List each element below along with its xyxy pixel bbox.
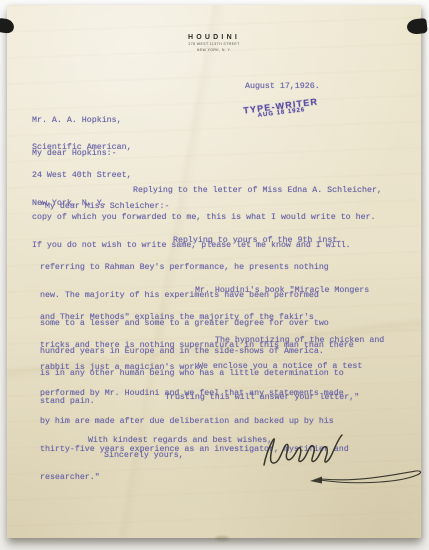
- houdini-signature: [250, 424, 428, 490]
- paragraph-line: We enclose you a notice of a test: [40, 362, 362, 371]
- paragraph-line: Replying to yours of the 9th inst.: [40, 236, 342, 245]
- paragraph-line: Mr. Houdini's book "Miracle Mongers: [40, 286, 369, 295]
- signature-flourish-arrow: [310, 477, 322, 484]
- letterhead-name: HOUDINI: [7, 34, 421, 41]
- paragraph-line: Replying to the letter of Miss Edna A. S…: [32, 186, 382, 195]
- typewriter-date-stamp: TYPE-WRITER AUG 18 1926: [222, 94, 341, 123]
- letter-paper: HOUDINI 278 WEST 113TH STREET NEW YORK, …: [7, 5, 421, 538]
- faint-pencil-smudge: [215, 536, 229, 541]
- closing-regards: With kindest regards and best wishes,: [88, 436, 272, 445]
- letterhead: HOUDINI 278 WEST 113TH STREET NEW YORK, …: [7, 34, 421, 53]
- quoted-salutation: "My dear Miss Schleicher:-: [40, 202, 169, 211]
- recipient-line: Mr. A. A. Hopkins,: [32, 116, 132, 125]
- date-line: August 17,1926.: [245, 82, 320, 91]
- letterhead-address-line2: NEW YORK, N. Y.: [7, 47, 421, 53]
- mount-corner-right: [406, 18, 427, 35]
- photo-of-letter: { "letterhead": { "name": "HOUDINI", "ad…: [0, 0, 429, 550]
- salutation: My dear Hopkins:-: [32, 149, 117, 158]
- quoted-closing-line: Trusting this will answer your letter,": [165, 393, 359, 402]
- closing-signoff: Sincerely yours,: [104, 451, 184, 460]
